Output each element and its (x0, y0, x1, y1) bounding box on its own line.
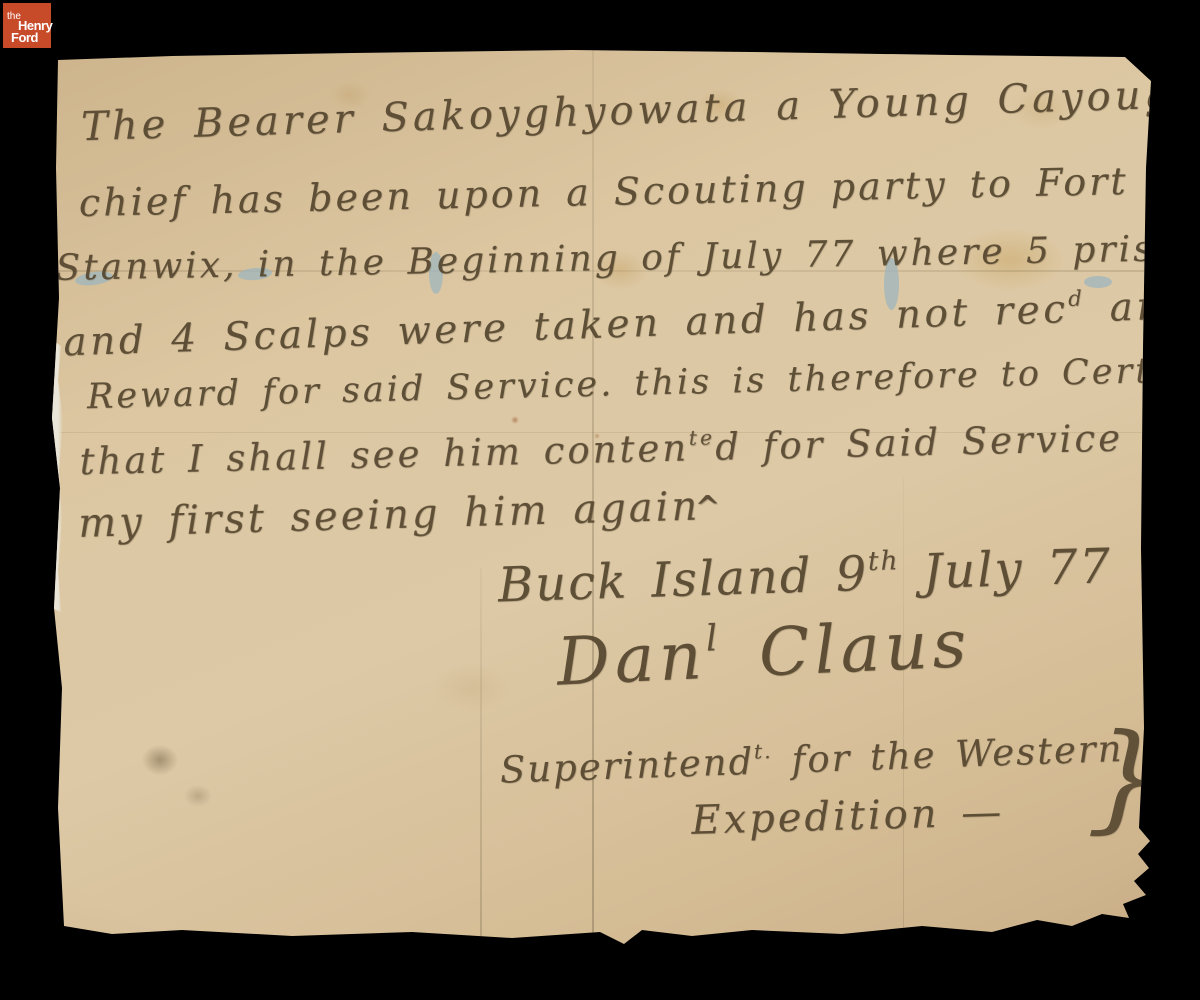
text-segment: Dan (555, 617, 708, 701)
letter-document: The Bearer Sakoyghyowata a Young Cayouga… (52, 48, 1156, 948)
text-segment: and 4 Scalps were taken and has not rec (63, 287, 1070, 365)
letter-line-7: my first seeing him again (78, 484, 701, 547)
letter-line-3: Stanwix, in the Beginning of July 77 whe… (55, 227, 1200, 289)
letter-line-1: The Bearer Sakoyghyowata a Young Cayouga (81, 71, 1200, 150)
text-segment: Superintend (499, 740, 755, 792)
photo-stage: the Henry Ford The Bearer Sakoyghyowata … (0, 0, 1200, 1000)
letter-text: The Bearer Sakoyghyowata a Young Cayouga… (47, 42, 1160, 954)
text-segment: d for Said Service on (715, 415, 1197, 469)
text-segment: Buck Island 9 (497, 546, 869, 614)
letter-closing-1: Superintendt. for the Western (499, 727, 1124, 792)
text-segment: Expedition — (691, 789, 1005, 844)
letter-closing-2: Expedition — (691, 789, 1005, 844)
text-segment: any (1085, 283, 1191, 331)
text-segment: Reward for said Service. this is therefo… (86, 350, 1200, 417)
superscript-text: th (867, 545, 900, 577)
text-segment: Claus (721, 605, 973, 693)
letter-line-2: chief has been upon a Scouting party to … (78, 159, 1129, 225)
superscript-text: te^ (689, 426, 716, 451)
text-segment: The Bearer Sakoyghyowata a Young Cayouga (81, 71, 1200, 150)
superscript-text: l (705, 616, 724, 660)
logo-word-ford: Ford (11, 31, 38, 44)
henry-ford-logo: the Henry Ford (3, 3, 51, 48)
text-segment: that I shall see him conten (79, 426, 689, 483)
letter-signature: Danl Claus (555, 605, 973, 701)
superscript-text: t. (753, 739, 772, 764)
letter-dateline: Buck Island 9th July 77 (497, 538, 1113, 613)
superscript-text: d (1068, 286, 1086, 312)
text-segment: July 77 (899, 538, 1113, 601)
letter-line-6: that I shall see him contente^d for Said… (79, 415, 1196, 483)
text-segment: Stanwix, in the Beginning of July 77 whe… (55, 228, 1200, 289)
text-segment: chief has been upon a Scouting party to … (78, 159, 1129, 225)
closing-brace: } (1086, 707, 1166, 848)
text-segment: for the Western (772, 727, 1124, 782)
text-segment: my first seeing him again (78, 484, 701, 547)
letter-line-5: Reward for said Service. this is therefo… (86, 350, 1200, 417)
letter-line-4: and 4 Scalps were taken and has not recd… (63, 283, 1192, 365)
